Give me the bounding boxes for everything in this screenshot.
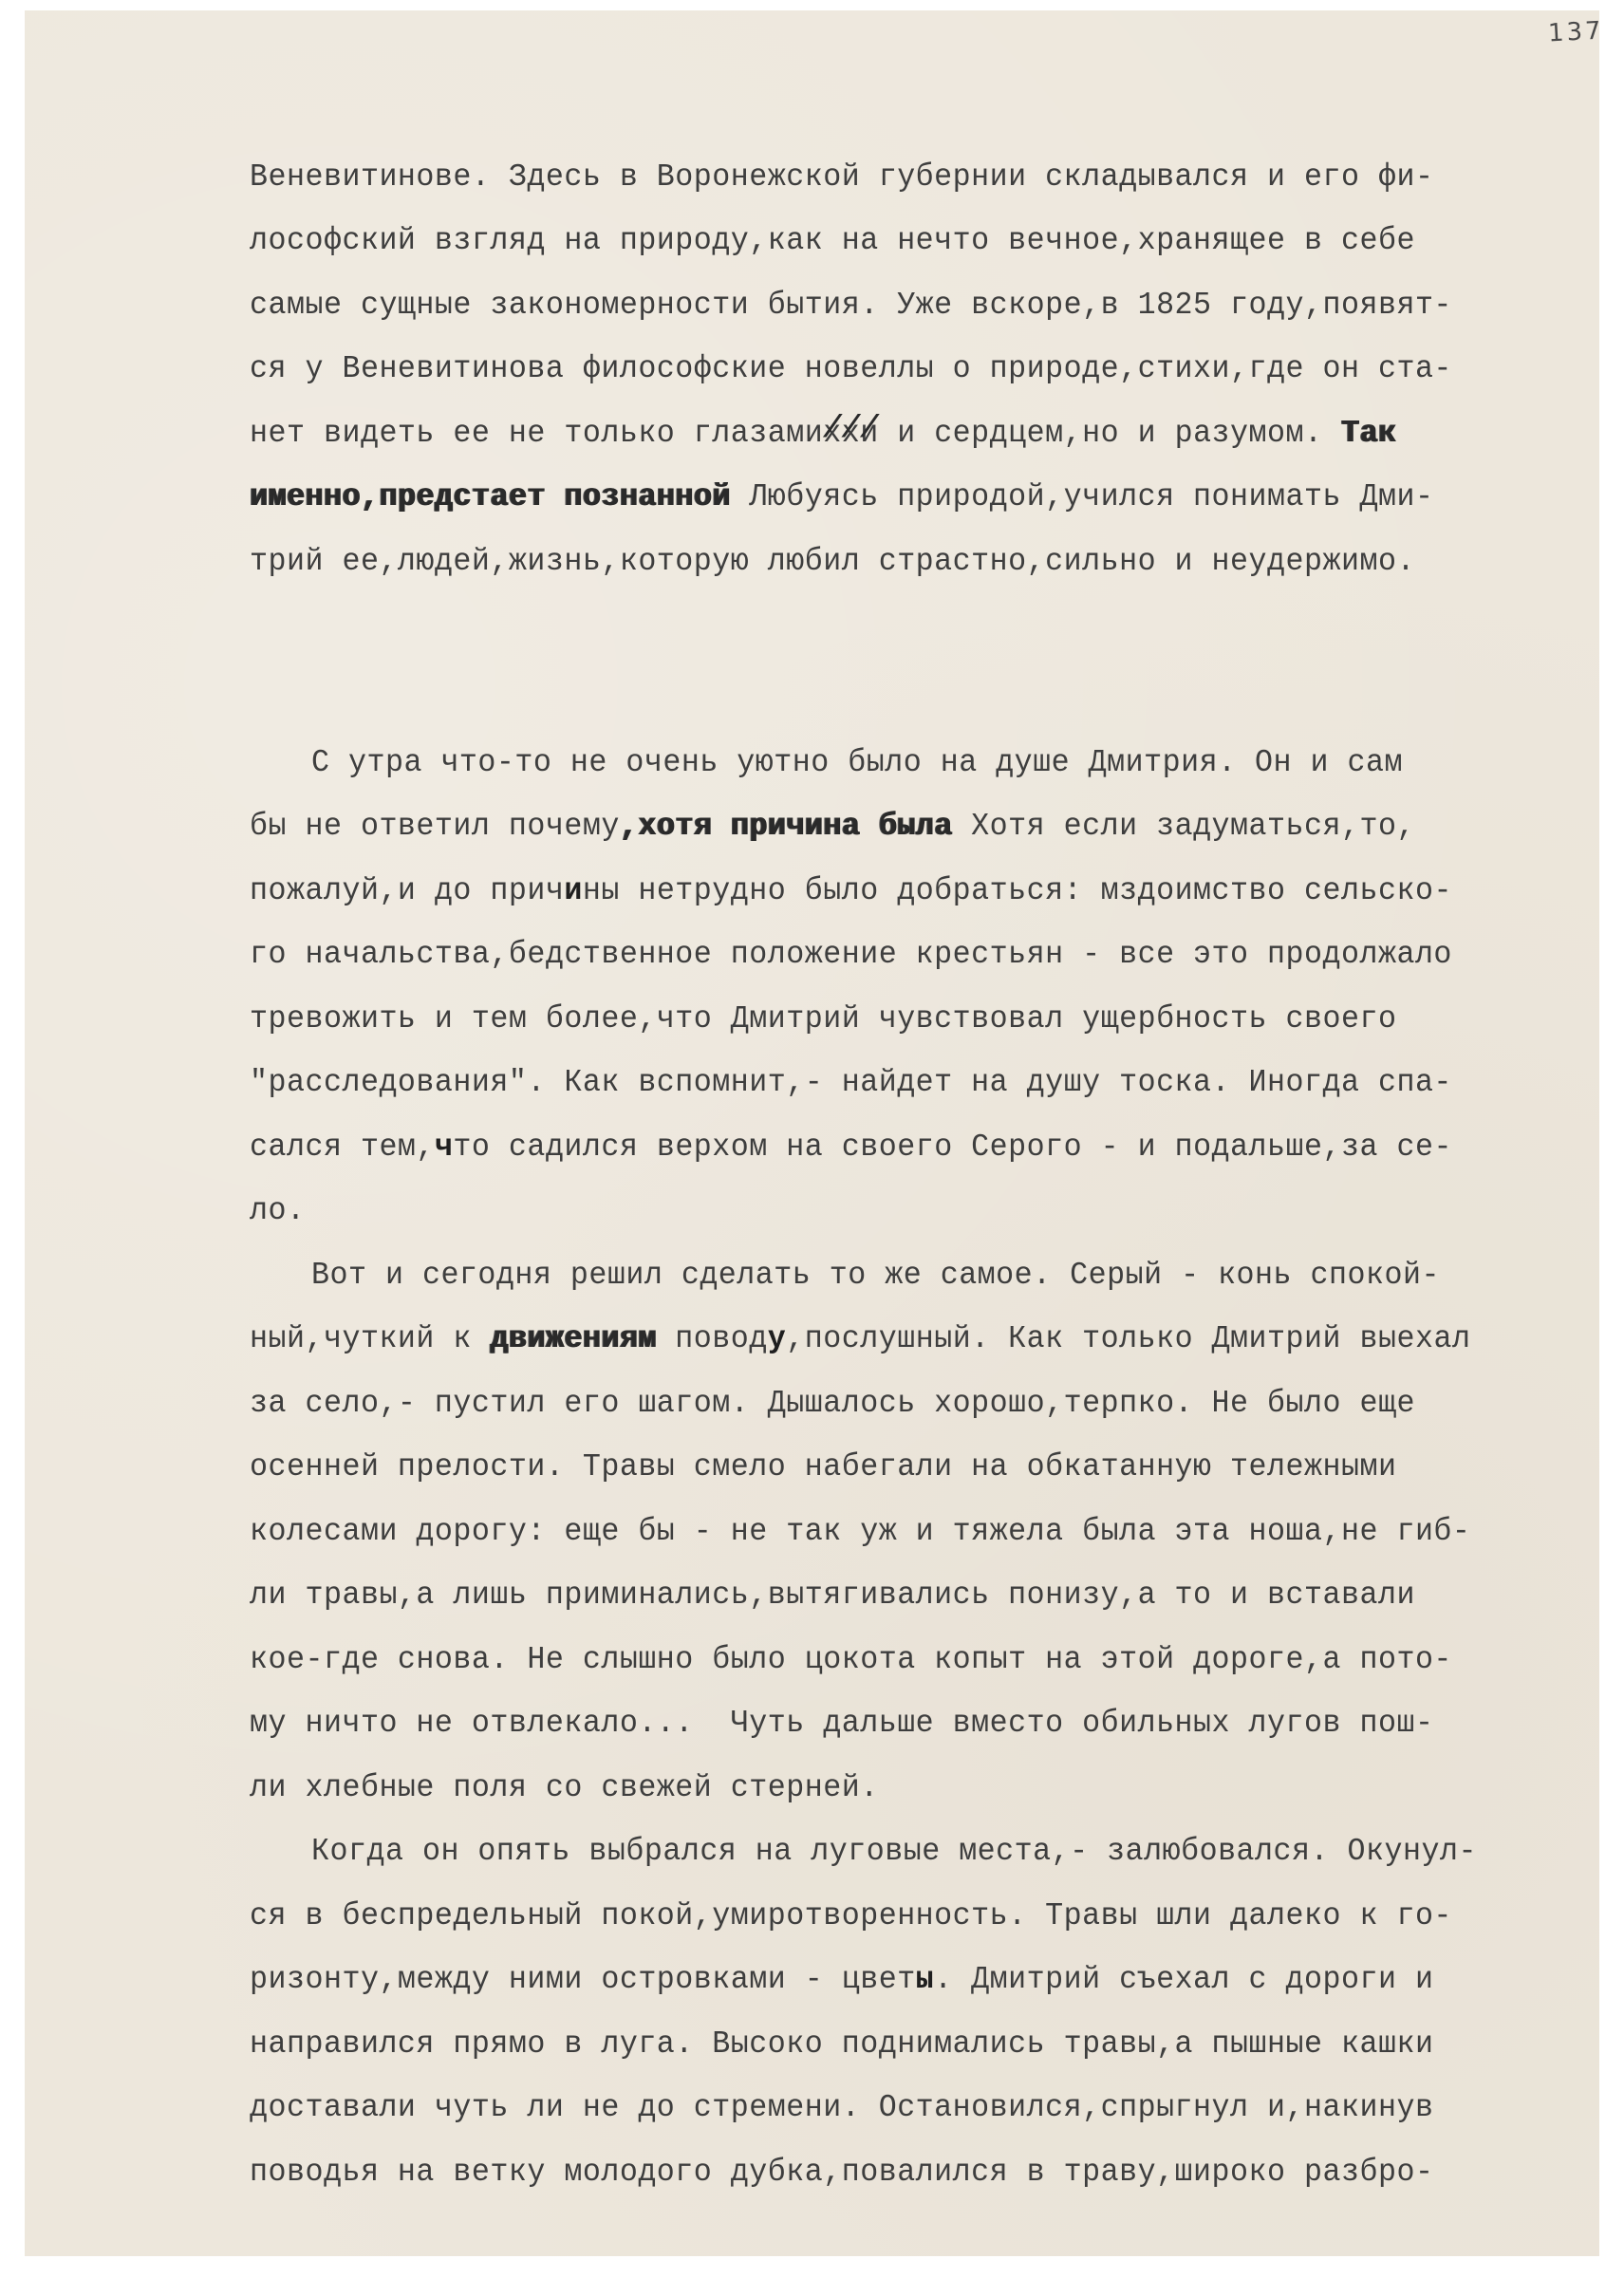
text-line: ся у Веневитинова философские новеллы о … xyxy=(250,350,1452,388)
text-segment: "расследования". Как вспомнит,- найдет н… xyxy=(250,1065,1452,1100)
text-line: ли хлебные поля со свежей стерней. xyxy=(250,1769,879,1807)
text-segment: сался тем, xyxy=(250,1130,435,1165)
text-segment: бы не ответил почему xyxy=(250,809,620,844)
text-line: за село,- пустил его шагом. Дышалось хор… xyxy=(250,1385,1415,1423)
text-segment: Когда он опять выбрался на луговые места… xyxy=(311,1834,1477,1869)
text-segment: повод xyxy=(657,1321,768,1356)
text-line: лософский взгляд на природу,как на нечто… xyxy=(250,222,1415,260)
text-line: "расследования". Как вспомнит,- найдет н… xyxy=(250,1064,1452,1102)
text-line: доставали чуть ли не до стремени. Остано… xyxy=(250,2089,1433,2127)
text-segment: самые сущные закономерности бытия. Уже в… xyxy=(250,288,1452,323)
struck-text: именно,предстает познанной xyxy=(250,479,731,514)
slash-struck-text: ххи xyxy=(823,416,878,451)
text-line: именно,предстает познанной Любуясь приро… xyxy=(250,478,1433,516)
text-line: го начальства,бедственное положение крес… xyxy=(250,936,1452,974)
text-segment: ный,чуткий к xyxy=(250,1321,490,1356)
text-line: пожалуй,и до причины нетрудно было добра… xyxy=(250,872,1452,910)
text-segment: направился прямо в луга. Высоко поднимал… xyxy=(250,2026,1433,2062)
text-line: самые сущные закономерности бытия. Уже в… xyxy=(250,287,1452,325)
text-segment: му ничто не отвлекало... Чуть дальше вме… xyxy=(250,1706,1433,1741)
text-segment: трий ее,людей,жизнь,которую любил страст… xyxy=(250,544,1415,579)
text-segment: Хотя если задуматься,то, xyxy=(953,809,1415,844)
text-line: ся в беспредельный покой,умиротворенност… xyxy=(250,1897,1452,1935)
text-line: направился прямо в луга. Высоко поднимал… xyxy=(250,2026,1433,2063)
struck-text: Так xyxy=(1341,416,1396,451)
text-segment: за село,- пустил его шагом. Дышалось хор… xyxy=(250,1386,1415,1421)
text-line: Когда он опять выбрался на луговые места… xyxy=(311,1833,1477,1871)
overtyped-char: ы xyxy=(916,1962,935,1997)
text-segment: ся в беспредельный покой,умиротворенност… xyxy=(250,1898,1452,1933)
text-segment: кое-где снова. Не слышно было цокота коп… xyxy=(250,1642,1452,1677)
text-segment: нет видеть ее не только глазами xyxy=(250,416,823,451)
text-line: Вот и сегодня решил сделать то же самое.… xyxy=(311,1257,1440,1295)
text-segment: доставали чуть ли не до стремени. Остано… xyxy=(250,2090,1433,2125)
text-segment: Любуясь природой,учился понимать Дми- xyxy=(731,479,1434,514)
text-segment: Веневитинове. Здесь в Воронежской губерн… xyxy=(250,159,1433,195)
overtyped-char: ч xyxy=(435,1130,454,1165)
text-line: С утра что-то не очень уютно было на душ… xyxy=(311,744,1403,782)
text-line: му ничто не отвлекало... Чуть дальше вме… xyxy=(250,1705,1433,1743)
text-line: бы не ответил почему,хотя причина была Х… xyxy=(250,808,1415,846)
typewritten-page: 137 Веневитинове. Здесь в Воронежской гу… xyxy=(25,10,1599,2256)
text-line: осенней прелости. Травы смело набегали н… xyxy=(250,1448,1396,1486)
text-segment: колесами дорогу: еще бы - не так уж и тя… xyxy=(250,1514,1470,1549)
text-segment: ся у Веневитинова философские новеллы о … xyxy=(250,351,1452,386)
text-line: Веневитинове. Здесь в Воронежской губерн… xyxy=(250,159,1433,196)
text-segment: то садился верхом на своего Серого - и п… xyxy=(453,1130,1452,1165)
overtyped-char: у xyxy=(768,1321,787,1356)
text-line: колесами дорогу: еще бы - не так уж и тя… xyxy=(250,1513,1470,1551)
text-line: кое-где снова. Не слышно было цокота коп… xyxy=(250,1641,1452,1679)
text-line: ризонту,между ними островками - цветы. Д… xyxy=(250,1961,1433,1999)
text-segment: ны нетрудно было добраться: мздоимство с… xyxy=(583,873,1452,908)
text-segment: С утра что-то не очень уютно было на душ… xyxy=(311,745,1403,780)
text-segment: го начальства,бедственное положение крес… xyxy=(250,937,1452,972)
page-number: 137 xyxy=(1547,16,1604,47)
struck-text: движениям xyxy=(490,1321,656,1356)
text-line: трий ее,людей,жизнь,которую любил страст… xyxy=(250,543,1415,581)
text-line: тревожить и тем более,что Дмитрий чувств… xyxy=(250,1000,1396,1038)
text-line: ный,чуткий к движениям поводу,послушный.… xyxy=(250,1320,1470,1358)
text-line: сался тем,что садился верхом на своего С… xyxy=(250,1129,1452,1167)
text-line: поводья на ветку молодого дубка,повалилс… xyxy=(250,2154,1433,2192)
text-segment: Вот и сегодня решил сделать то же самое.… xyxy=(311,1258,1440,1293)
struck-text: ,хотя причина была xyxy=(620,809,953,844)
text-segment: ,послушный. Как только Дмитрий выехал xyxy=(786,1321,1470,1356)
text-segment: и сердцем,но и разумом. xyxy=(879,416,1341,451)
text-line: нет видеть ее не только глазамиххи и сер… xyxy=(250,415,1396,453)
text-segment: ло. xyxy=(250,1193,305,1228)
text-segment: ли травы,а лишь приминались,вытягивались… xyxy=(250,1578,1415,1613)
text-segment: лософский взгляд на природу,как на нечто… xyxy=(250,223,1415,258)
text-segment: тревожить и тем более,что Дмитрий чувств… xyxy=(250,1001,1396,1036)
overtyped-char: и xyxy=(564,873,583,908)
text-line: ли травы,а лишь приминались,вытягивались… xyxy=(250,1577,1415,1615)
text-segment: пожалуй,и до прич xyxy=(250,873,564,908)
text-segment: осенней прелости. Травы смело набегали н… xyxy=(250,1449,1396,1484)
text-segment: ризонту,между ними островками - цвет xyxy=(250,1962,916,1997)
text-line: ло. xyxy=(250,1192,305,1230)
text-segment: . Дмитрий съехал с дороги и xyxy=(934,1962,1433,1997)
text-segment: поводья на ветку молодого дубка,повалилс… xyxy=(250,2155,1433,2190)
text-segment: ли хлебные поля со свежей стерней. xyxy=(250,1770,879,1805)
